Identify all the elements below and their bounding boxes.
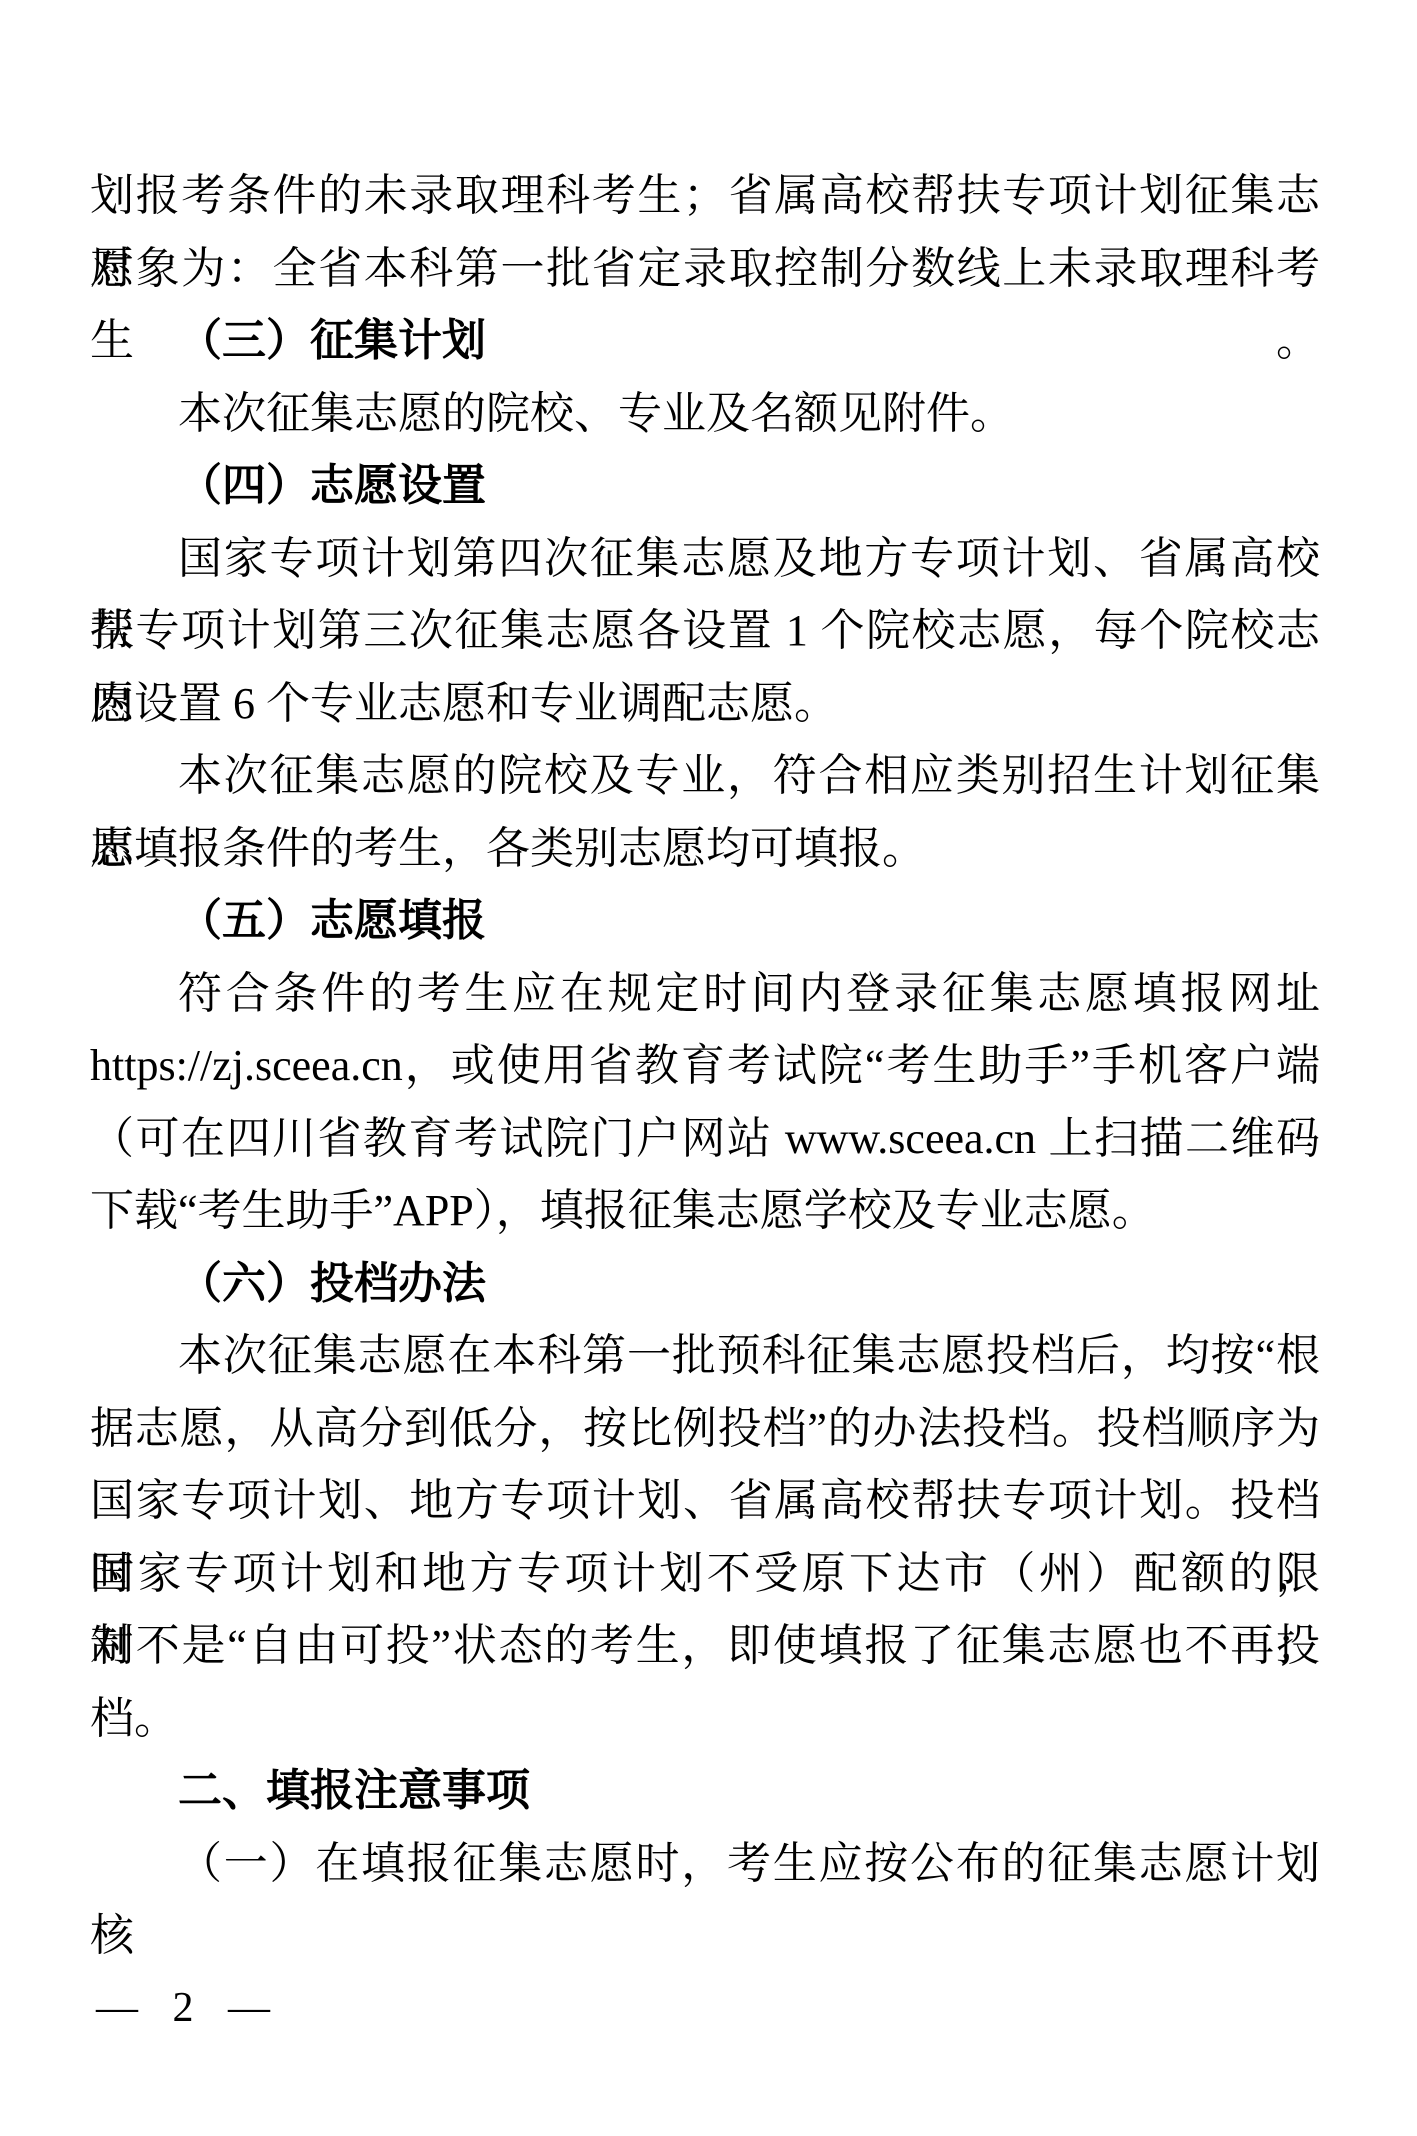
- heading-line: （五）志愿填报: [90, 885, 1320, 958]
- text-line: 内设置 6 个专业志愿和专业调配志愿。: [90, 668, 1320, 741]
- text-line: 国家专项计划第四次征集志愿及地方专项计划、省属高校帮: [90, 523, 1320, 596]
- text-line: 下载“考生助手”APP），填报征集志愿学校及专业志愿。: [90, 1175, 1320, 1248]
- heading-line: （四）志愿设置: [90, 450, 1320, 523]
- text-line: 本次征集志愿的院校及专业，符合相应类别招生计划征集志: [90, 740, 1320, 813]
- document-body: 划报考条件的未录取理科考生；省属高校帮扶专项计划征集志愿对象为：全省本科第一批省…: [90, 160, 1320, 1900]
- text-line: 符合条件的考生应在规定时间内登录征集志愿填报网址: [90, 958, 1320, 1031]
- text-line: 档。: [90, 1683, 1320, 1756]
- text-line: （一）在填报征集志愿时，考生应按公布的征集志愿计划核: [90, 1828, 1320, 1901]
- heading-line: 二、填报注意事项: [90, 1755, 1320, 1828]
- text-line: 本次征集志愿的院校、专业及名额见附件。: [90, 378, 1320, 451]
- text-line: https://zj.sceea.cn，或使用省教育考试院“考生助手”手机客户端: [90, 1030, 1320, 1103]
- text-line: 国家专项计划和地方专项计划不受原下达市（州）配额的限制；: [90, 1538, 1320, 1611]
- text-line: 扶专项计划第三次征集志愿各设置 1 个院校志愿，每个院校志愿: [90, 595, 1320, 668]
- text-line: 划报考条件的未录取理科考生；省属高校帮扶专项计划征集志愿: [90, 160, 1320, 233]
- text-line: 本次征集志愿在本科第一批预科征集志愿投档后，均按“根: [90, 1320, 1320, 1393]
- text-line: 据志愿，从高分到低分，按比例投档”的办法投档。投档顺序为: [90, 1393, 1320, 1466]
- text-line: 对不是“自由可投”状态的考生，即使填报了征集志愿也不再投: [90, 1610, 1320, 1683]
- text-line: （可在四川省教育考试院门户网站 www.sceea.cn 上扫描二维码: [90, 1103, 1320, 1176]
- heading-line: （六）投档办法: [90, 1248, 1320, 1321]
- page-number: — 2 —: [96, 1978, 282, 2038]
- text-line: 愿填报条件的考生，各类别志愿均可填报。: [90, 813, 1320, 886]
- document-page: 划报考条件的未录取理科考生；省属高校帮扶专项计划征集志愿对象为：全省本科第一批省…: [0, 0, 1417, 2136]
- text-line: 国家专项计划、地方专项计划、省属高校帮扶专项计划。投档时，: [90, 1465, 1320, 1538]
- text-line: 对象为：全省本科第一批省定录取控制分数线上未录取理科考生。: [90, 233, 1320, 306]
